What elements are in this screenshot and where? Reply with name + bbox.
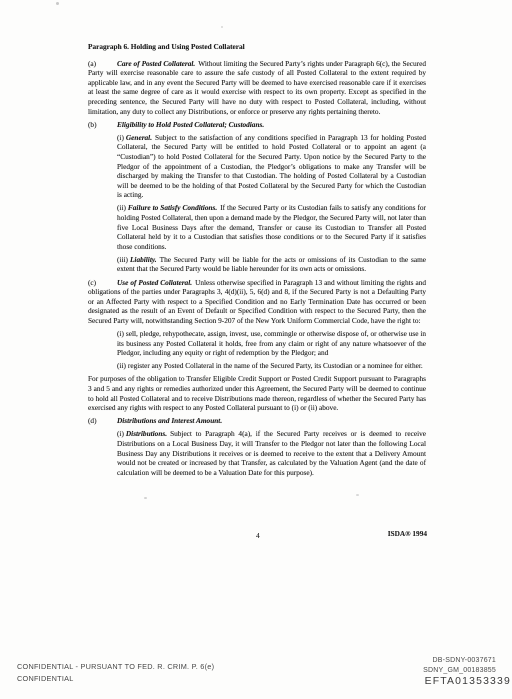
paragraph-c-i-num: (i) (117, 329, 124, 338)
page-number: 4 (256, 531, 260, 540)
paragraph-b-iii: (iii)Liability.The Secured Party will be… (117, 255, 426, 274)
scan-speck (356, 494, 359, 496)
paragraph-d-i-lead: Distributions. (126, 429, 167, 438)
paragraph-c-closing: For purposes of the obligation to Transf… (88, 374, 426, 412)
paragraph-b-iii-num: (iii) (117, 255, 128, 264)
paragraph-b-i: (i)General.Subject to the satisfaction o… (117, 133, 426, 200)
paragraph-c-i-text: sell, pledge, rehypothecate, assign, inv… (117, 329, 426, 357)
bates-number-efta: EFTA01353339 (423, 677, 511, 687)
scan-speck (144, 497, 147, 499)
paragraph-b-i-num: (i) (117, 133, 124, 142)
paragraph-b-ii-lead: Failure to Satisfy Conditions. (128, 203, 217, 212)
paragraph-b-ii-num: (ii) (117, 203, 126, 212)
paragraph-b-i-lead: General. (126, 133, 152, 142)
scan-speck (56, 2, 59, 5)
paragraph-d-i: (i)Distributions.Subject to Paragraph 4(… (117, 429, 426, 477)
paragraph-b-ii: (ii)Failure to Satisfy Conditions.If the… (117, 203, 426, 251)
paragraph-c-ii-text: register any Posted Collateral in the na… (128, 361, 423, 370)
paragraph-a: (a)Care of Posted Collateral.Without lim… (88, 59, 426, 117)
paragraph-b-lead: Eligibility to Hold Posted Collateral; C… (117, 120, 264, 129)
paragraph-d-lead: Distributions and Interest Amount. (117, 416, 222, 425)
paragraph-b-heading: (b)Eligibility to Hold Posted Collateral… (88, 120, 426, 130)
paragraph-b-i-text: Subject to the satisfaction of any condi… (117, 133, 426, 200)
document-body: Paragraph 6. Holding and Using Posted Co… (88, 42, 426, 481)
bates-number-db-sdny: DB-SDNY-0037671 (423, 656, 496, 666)
paragraph-d-i-num: (i) (117, 429, 124, 438)
paragraph-c-lead: Use of Posted Collateral. (117, 278, 192, 287)
paragraph-c: (c)Use of Posted Collateral.Unless other… (88, 278, 426, 326)
confidentiality-line-2: CONFIDENTIAL (17, 673, 214, 685)
paragraph-c-label: (c) (88, 278, 117, 288)
paragraph-d-heading: (d)Distributions and Interest Amount. (88, 416, 426, 426)
paragraph-c-i: (i)sell, pledge, rehypothecate, assign, … (117, 329, 426, 358)
bates-number-sdny-gm: SDNY_GM_00183855 (423, 666, 496, 676)
scanned-document-page: Paragraph 6. Holding and Using Posted Co… (0, 0, 512, 699)
paragraph-b-iii-text: The Secured Party will be liable for the… (117, 255, 426, 274)
paragraph-b-iii-lead: Liability. (130, 255, 157, 264)
paragraph-c-ii: (ii)register any Posted Collateral in th… (117, 361, 426, 371)
isda-copyright-mark: ISDA® 1994 (388, 529, 427, 538)
section-heading: Paragraph 6. Holding and Using Posted Co… (88, 42, 426, 52)
paragraph-b-label: (b) (88, 120, 117, 130)
confidentiality-stamp: CONFIDENTIAL - PURSUANT TO FED. R. CRIM.… (17, 661, 214, 684)
confidentiality-line-1: CONFIDENTIAL - PURSUANT TO FED. R. CRIM.… (17, 661, 214, 673)
scan-speck (221, 26, 223, 28)
paragraph-c-ii-num: (ii) (117, 361, 126, 370)
paragraph-d-label: (d) (88, 416, 117, 426)
paragraph-a-lead: Care of Posted Collateral. (117, 59, 195, 68)
bates-numbers: DB-SDNY-0037671 SDNY_GM_00183855 EFTA013… (423, 656, 496, 687)
paragraph-a-label: (a) (88, 59, 117, 69)
paragraph-c-closing-text: For purposes of the obligation to Transf… (88, 374, 426, 412)
